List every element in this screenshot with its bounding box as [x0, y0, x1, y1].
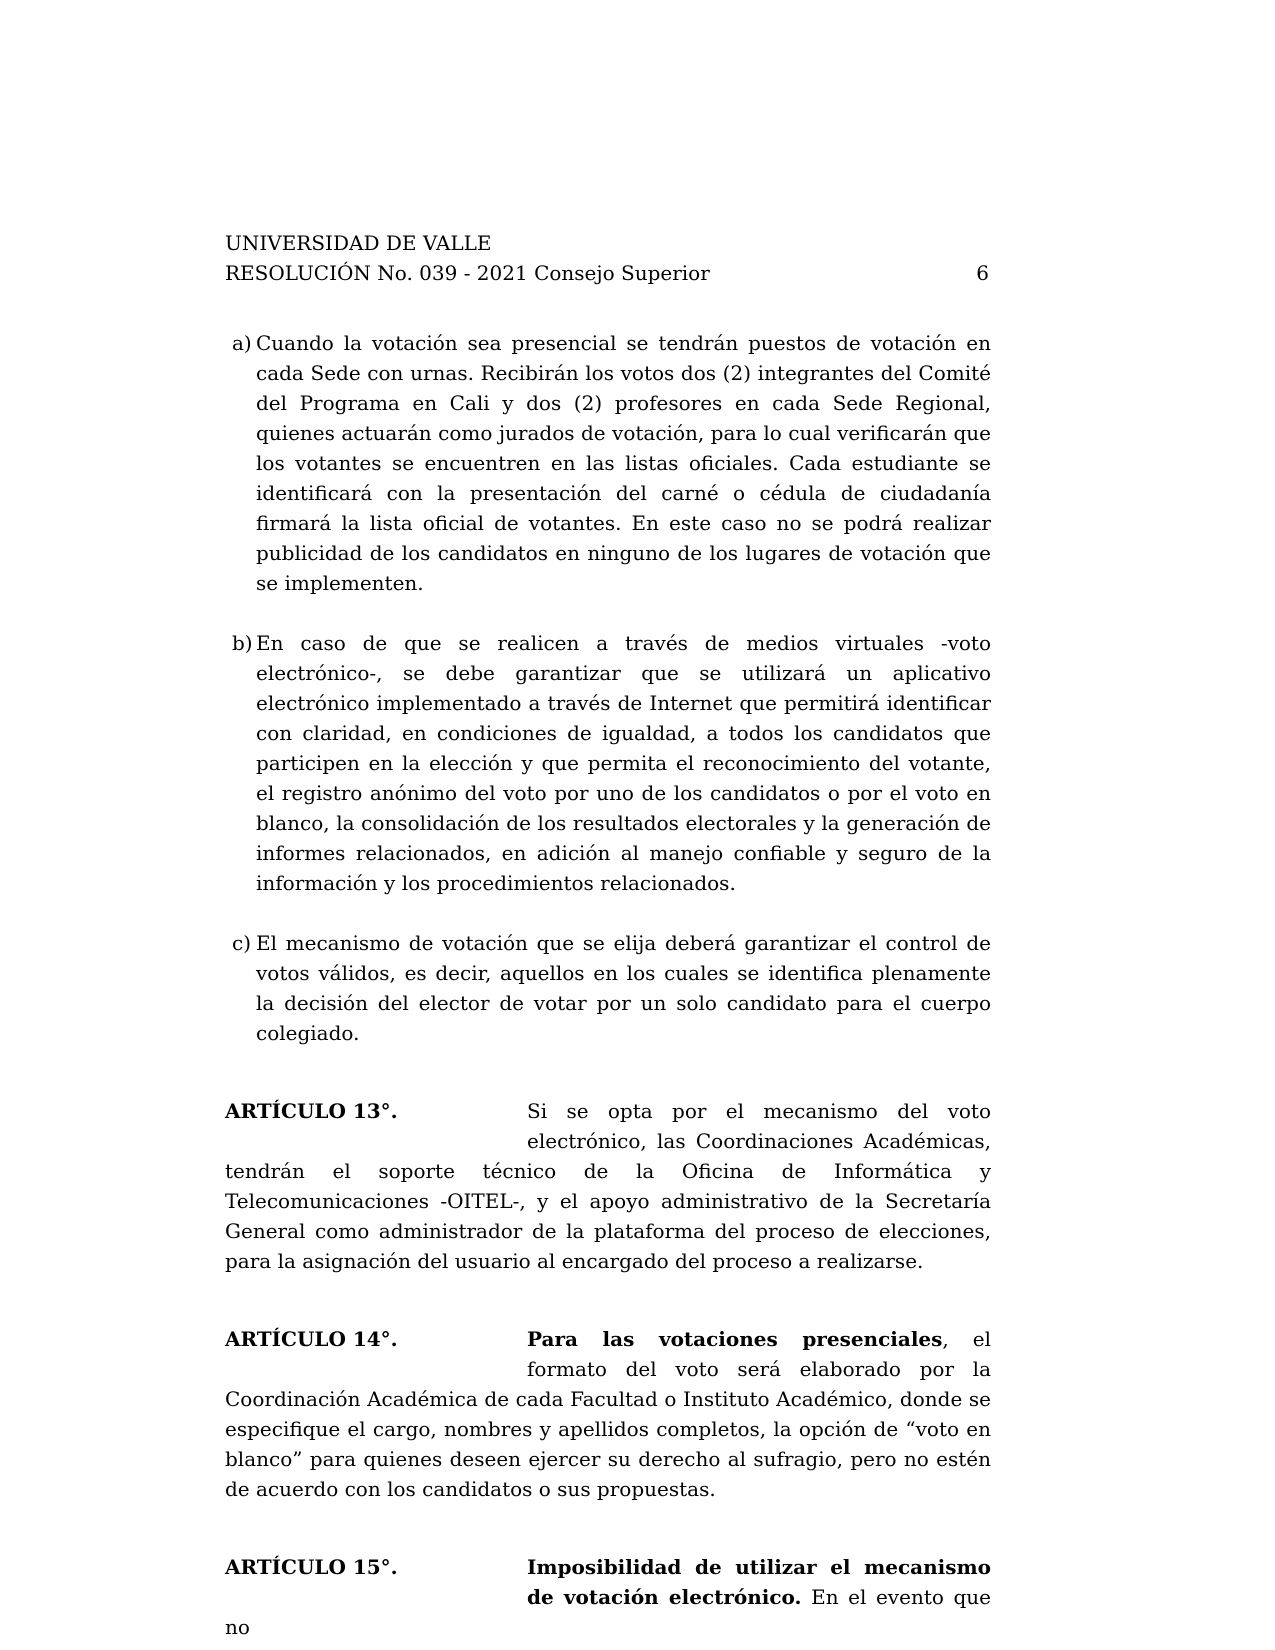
list-item-b-text: En caso de que se realicen a través de m…: [256, 631, 991, 895]
article-13: ARTÍCULO 13°.Si se opta por el mecanismo…: [225, 1096, 991, 1276]
list-item-b: b) En caso de que se realicen a través d…: [225, 628, 991, 898]
article-14-heading-cell: ARTÍCULO 14°.: [225, 1324, 527, 1384]
header-institution: UNIVERSIDAD DE VALLE: [225, 228, 991, 258]
header-resolution: RESOLUCIÓN No. 039 - 2021 Consejo Superi…: [225, 258, 710, 288]
page-header: UNIVERSIDAD DE VALLE RESOLUCIÓN No. 039 …: [225, 228, 991, 288]
document-body: a) Cuando la votación sea presencial se …: [225, 328, 991, 1642]
article-15-heading: ARTÍCULO 15°.: [225, 1555, 398, 1579]
article-15-heading-cell: ARTÍCULO 15°.: [225, 1552, 527, 1612]
list-item-a-label: a): [232, 328, 252, 358]
article-14-heading: ARTÍCULO 14°.: [225, 1327, 398, 1351]
page-number: 6: [976, 258, 991, 288]
document-page: UNIVERSIDAD DE VALLE RESOLUCIÓN No. 039 …: [0, 0, 1275, 1650]
article-14-bold-intro: Para las votaciones presenciales: [527, 1327, 942, 1351]
list-item-b-label: b): [232, 628, 253, 658]
article-15: ARTÍCULO 15°.Imposibilidad de utilizar e…: [225, 1552, 991, 1642]
list-item-c: c) El mecanismo de votación que se elija…: [225, 928, 991, 1048]
article-14: ARTÍCULO 14°.Para las votaciones presenc…: [225, 1324, 991, 1504]
list-item-c-label: c): [232, 928, 251, 958]
list-item-a: a) Cuando la votación sea presencial se …: [225, 328, 991, 598]
page-content: UNIVERSIDAD DE VALLE RESOLUCIÓN No. 039 …: [225, 228, 991, 1642]
article-13-heading-cell: ARTÍCULO 13°.: [225, 1096, 527, 1156]
list-item-c-text: El mecanismo de votación que se elija de…: [256, 931, 991, 1045]
header-resolution-row: RESOLUCIÓN No. 039 - 2021 Consejo Superi…: [225, 258, 991, 288]
article-13-heading: ARTÍCULO 13°.: [225, 1099, 398, 1123]
list-item-a-text: Cuando la votación sea presencial se ten…: [256, 331, 991, 595]
